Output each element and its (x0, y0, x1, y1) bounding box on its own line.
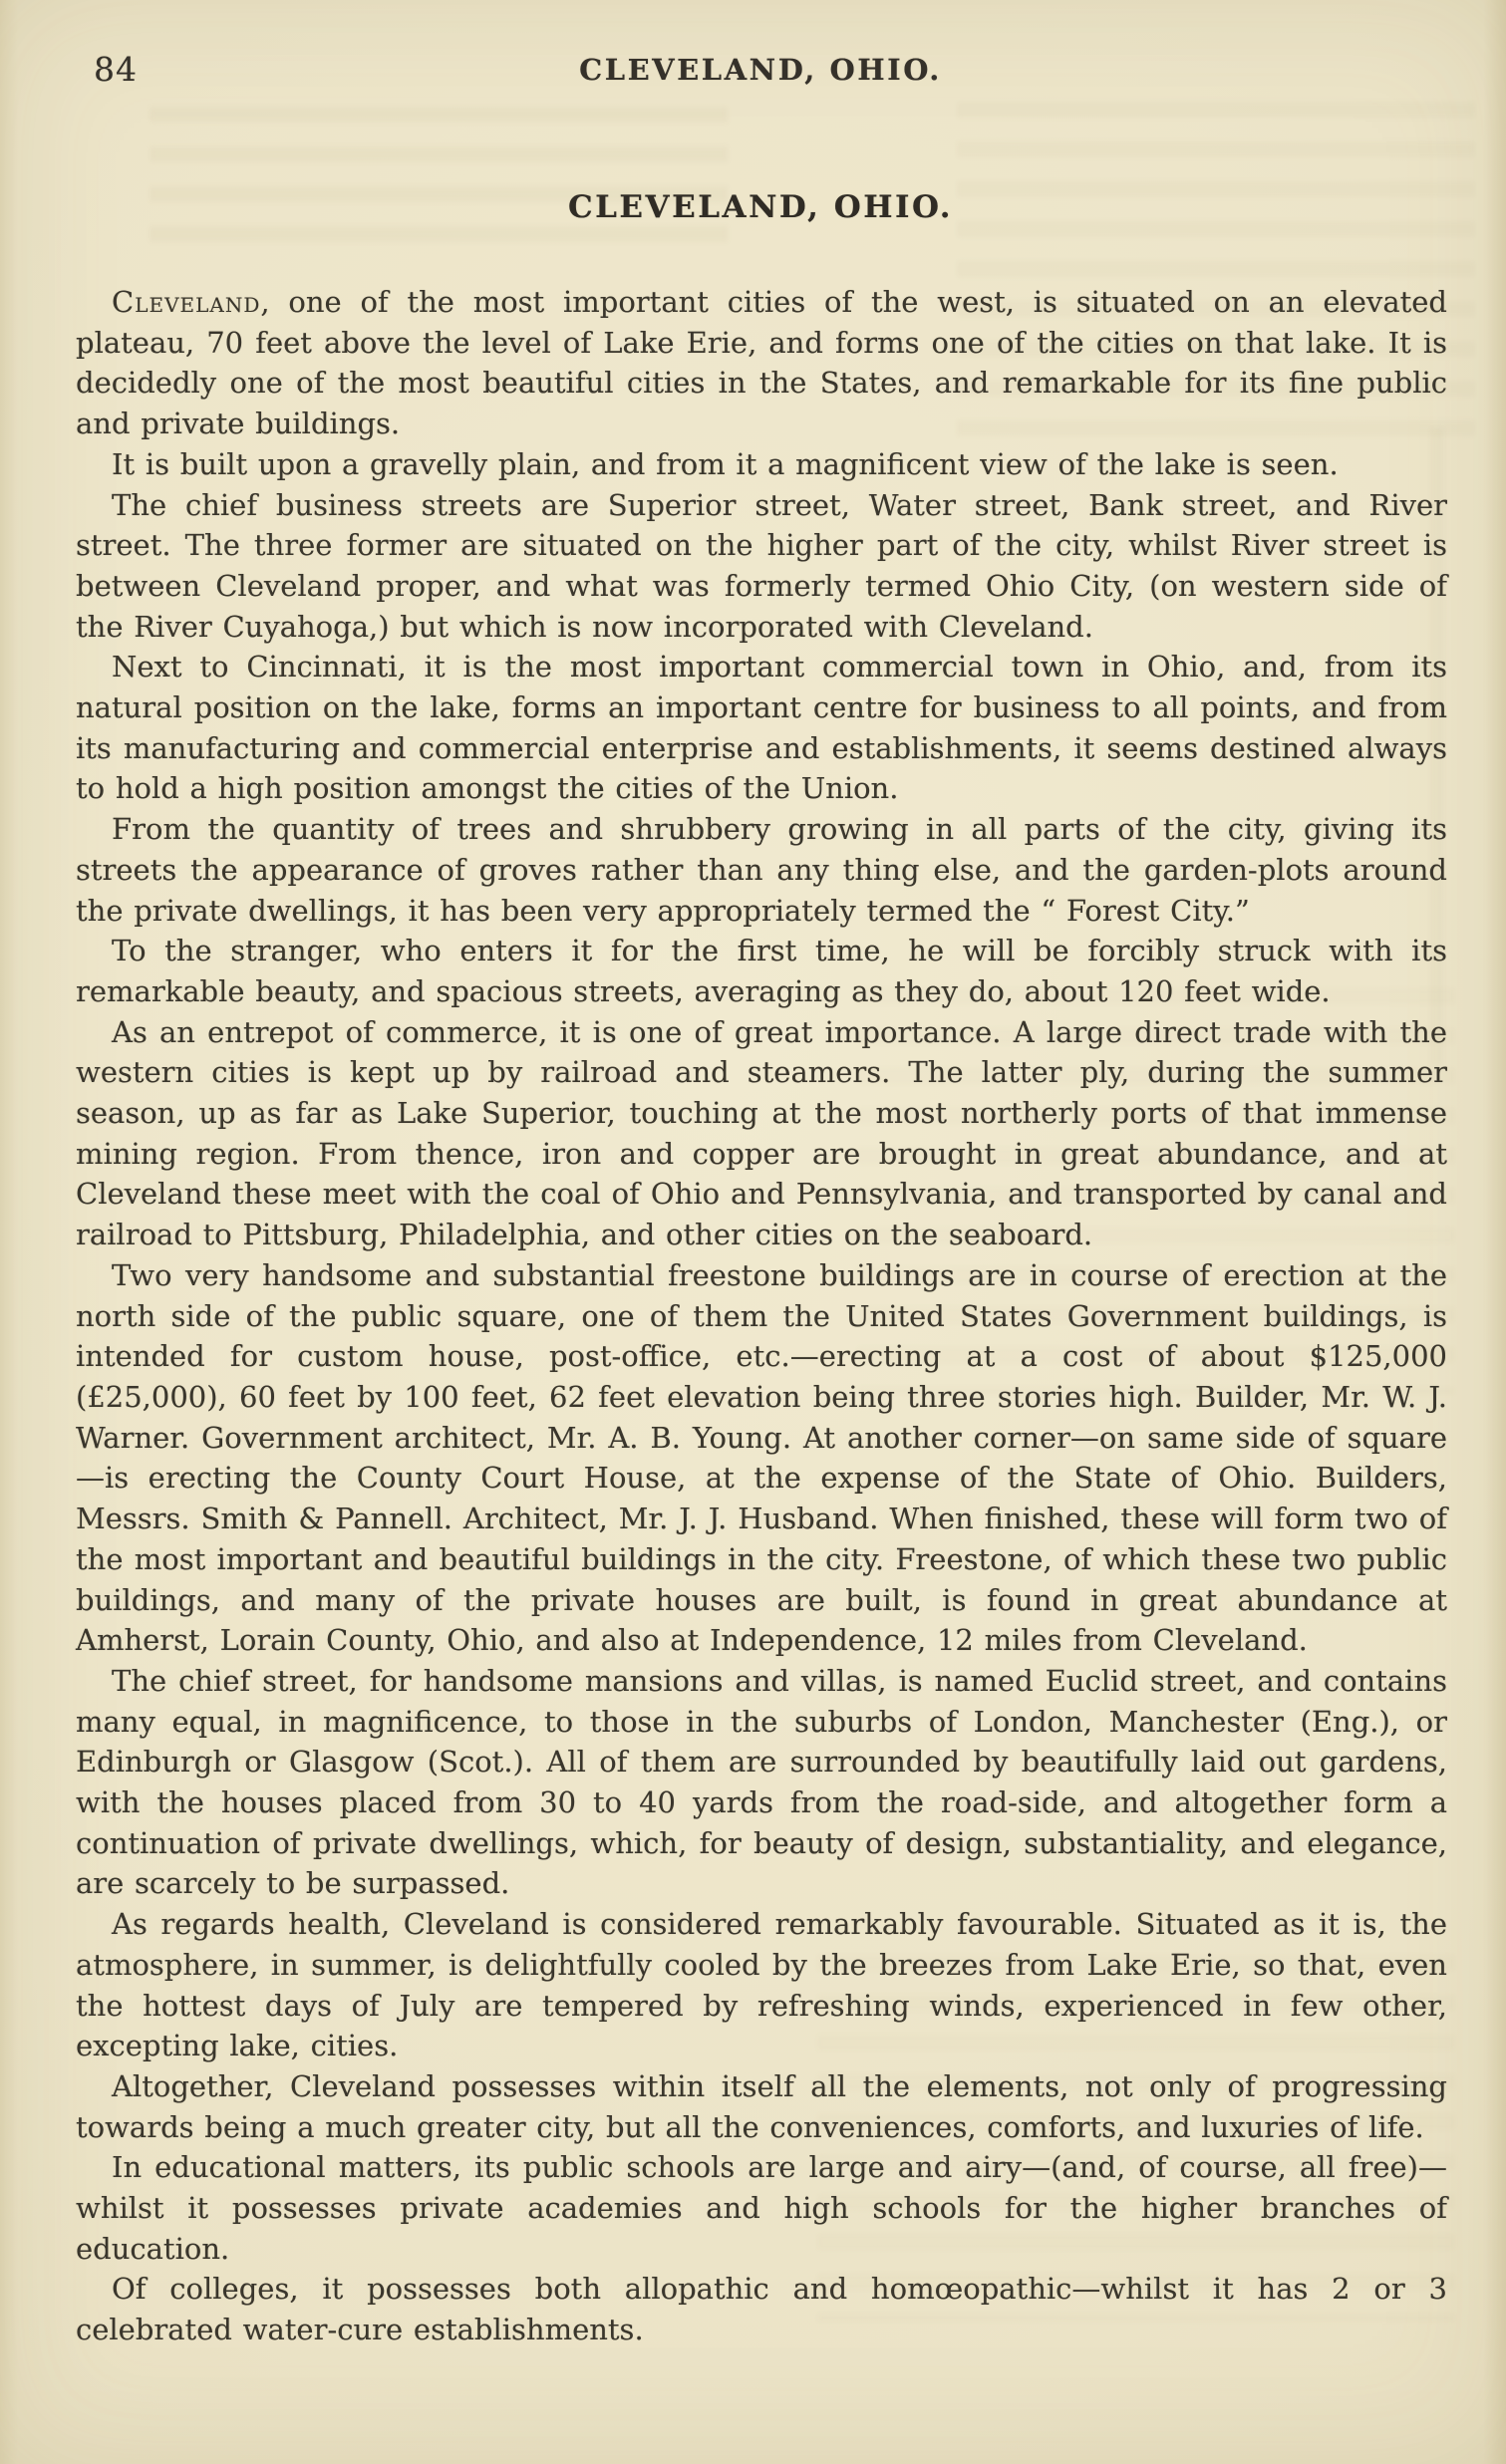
paragraph: Two very handsome and substantial freest… (76, 1255, 1447, 1661)
scanned-book-page: 84 CLEVELAND, OHIO. CLEVELAND, OHIO. Cle… (0, 0, 1506, 2464)
paragraph: Of colleges, it possesses both allopathi… (76, 2269, 1447, 2349)
paragraph: As regards health, Cleveland is consider… (76, 1904, 1447, 2066)
paragraph: To the stranger, who enters it for the f… (76, 931, 1447, 1011)
running-head: CLEVELAND, OHIO. (76, 53, 1445, 87)
paragraph: As an entrepot of commerce, it is one of… (76, 1012, 1447, 1255)
paragraph: From the quantity of trees and shrubbery… (76, 809, 1447, 931)
paragraph: In educational matters, its public schoo… (76, 2147, 1447, 2269)
paragraph: The chief street, for handsome mansions … (76, 1661, 1447, 1904)
paragraph: Cleveland, one of the most important cit… (76, 282, 1447, 444)
page-body: Cleveland, one of the most important cit… (76, 282, 1447, 2350)
paragraph: Altogether, Cleveland possesses within i… (76, 2066, 1447, 2147)
page-header: 84 CLEVELAND, OHIO. (76, 50, 1445, 90)
paragraph: Next to Cincinnati, it is the most impor… (76, 647, 1447, 809)
paragraph: It is built upon a gravelly plain, and f… (76, 444, 1447, 485)
paragraph-lead-word: Cleveland (112, 285, 260, 319)
paragraph: The chief business streets are Superior … (76, 485, 1447, 648)
page-title: CLEVELAND, OHIO. (76, 189, 1445, 225)
